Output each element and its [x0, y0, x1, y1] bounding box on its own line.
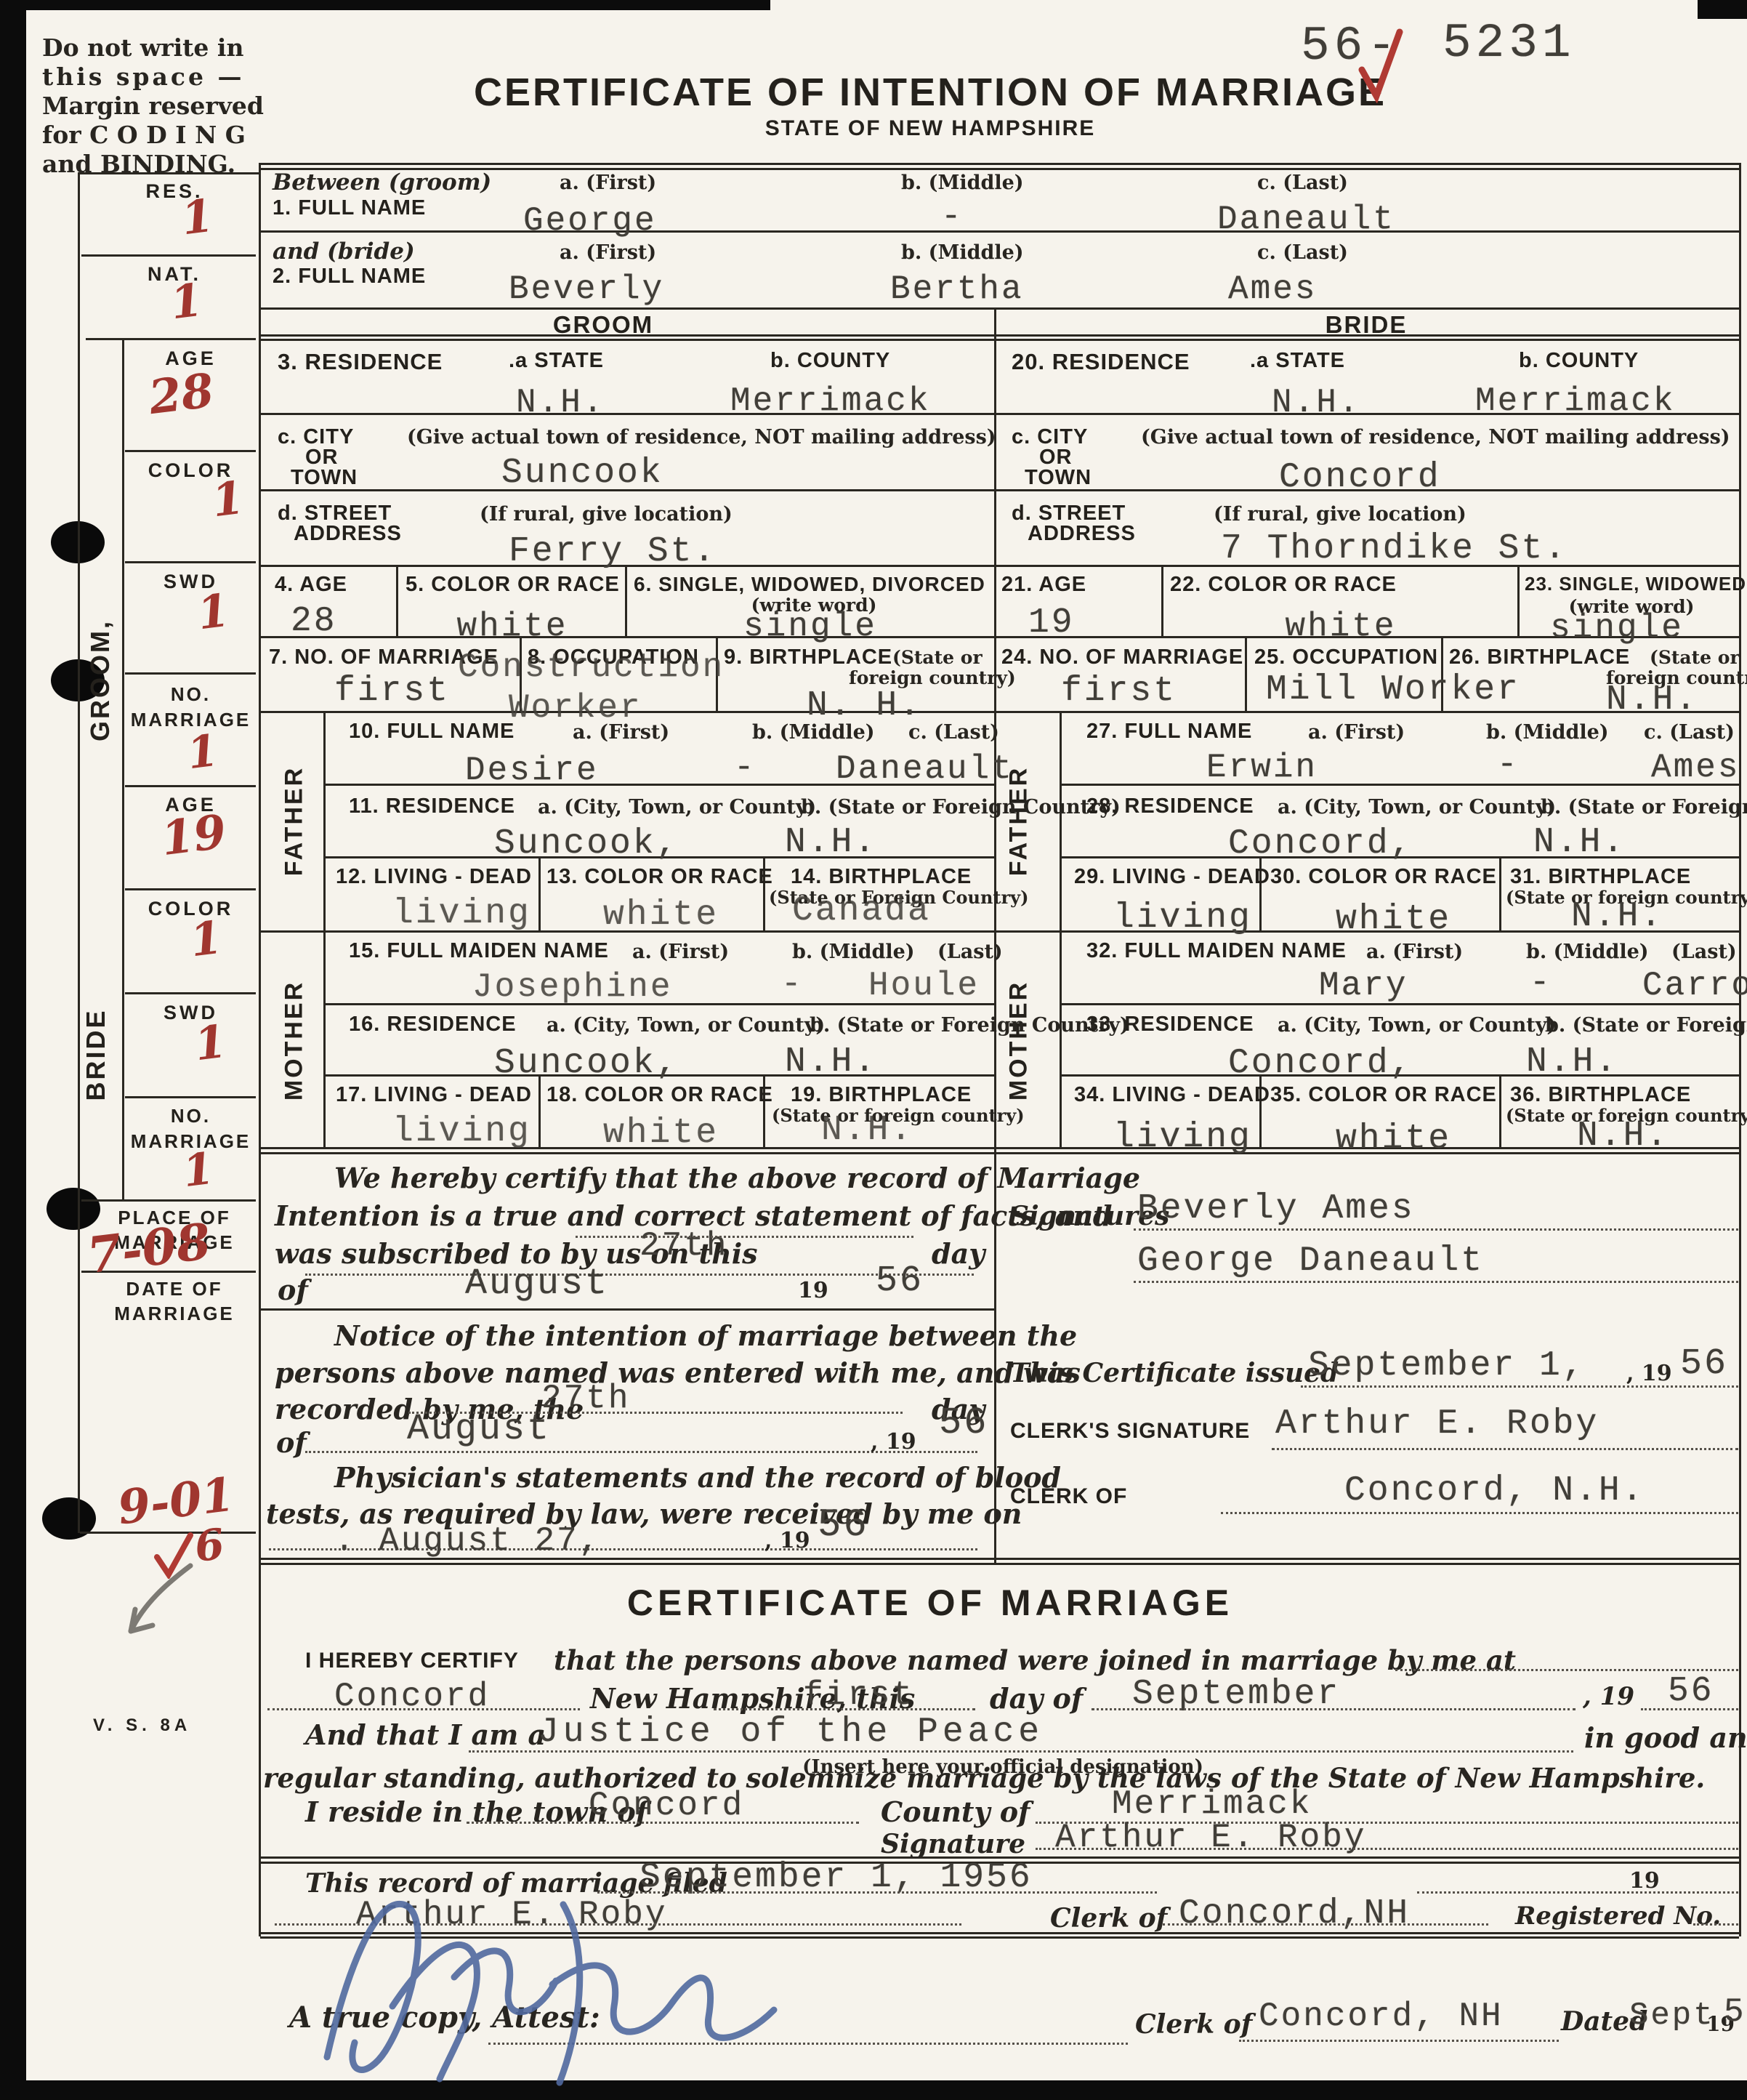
res-a-label: a. (City, Town, or County): [546, 1014, 825, 1037]
margin-note-line: Margin reserved: [42, 92, 264, 120]
groom-county-value: Merrimack: [730, 382, 930, 420]
groom-state-value: N.H.: [516, 384, 605, 422]
res-b-label: b. (State or Foreign Country): [1541, 796, 1747, 818]
bride-bp-hint: (State or: [1650, 647, 1740, 668]
groom-last-value: Daneault: [1217, 201, 1395, 238]
bride-bp-label: 26. BIRTHPLACE: [1449, 645, 1630, 669]
doc-number: 5231: [1443, 16, 1575, 71]
bride-color-value: white: [1235, 608, 1446, 645]
col-middle-label: b. (Middle): [901, 241, 1024, 264]
col-middle-label: b. (Middle): [792, 941, 915, 963]
marriage-signature-value: Arthur E. Roby: [1055, 1819, 1366, 1856]
bride-father-res-city: Concord,: [1228, 824, 1413, 864]
attest-city-value: Concord, NH: [1259, 1998, 1504, 2035]
intent-text: day: [932, 1237, 985, 1270]
groom-bp-label: 9. BIRTHPLACE: [724, 645, 892, 669]
punch-hole-icon: [47, 1188, 100, 1230]
groom-signature-value: George Daneault: [1137, 1242, 1484, 1281]
bride-residence-label: 20. RESIDENCE: [1012, 349, 1190, 375]
bride-mother-color-value: white: [1336, 1119, 1451, 1159]
coding-groom-nom-label: NO.: [127, 683, 254, 706]
bride-mother-res-state: N.H.: [1526, 1042, 1618, 1082]
bride-row-prefix: and (bride): [273, 238, 415, 265]
groom-bp-hint: foreign country): [849, 667, 1016, 688]
bride-father-last: Ames: [1651, 749, 1740, 787]
scan-edge-top-right: [1698, 0, 1747, 19]
bride-age-value: 19: [1028, 603, 1075, 643]
margin-note-line: for C O D I N G: [42, 121, 246, 149]
groom-father-living-value: living: [392, 894, 531, 933]
groom-father-first: Desire: [465, 752, 599, 789]
bride-city-label: TOWN: [1025, 466, 1092, 490]
bride-father-res-label: 28. RESIDENCE: [1086, 794, 1254, 818]
groom-mother-res-label: 16. RESIDENCE: [349, 1013, 517, 1037]
col-last-label: c. (Last): [908, 721, 999, 744]
bride-father-bp-value: N.H.: [1571, 897, 1663, 936]
marriage-19: , 19: [1583, 1682, 1634, 1711]
coding-res-value: 1: [179, 189, 217, 246]
groom-mother-bp-label: 19. BIRTHPLACE: [791, 1083, 972, 1107]
bride-last-value: Ames: [1228, 270, 1317, 308]
col-first-label: a. (First): [1366, 941, 1463, 963]
intent-month-value: August: [407, 1409, 551, 1450]
groom-father-name-label: 10. FULL NAME: [349, 720, 515, 744]
bride-bp-value: N.H.: [1606, 680, 1698, 720]
res-b-label: b. (State or Foreign Country): [1545, 1014, 1747, 1037]
intent-text: persons above named was entered with me,…: [275, 1356, 1081, 1389]
marriage-text: in good and: [1584, 1721, 1747, 1754]
coding-bride-swd-label: SWD: [127, 1002, 254, 1024]
groom-mother-name-label: 15. FULL MAIDEN NAME: [349, 939, 609, 963]
bride-age-label: 21. AGE: [1001, 573, 1086, 597]
coding-bride-side-label: BRIDE: [81, 967, 111, 1142]
groom-swd-label: 6. SINGLE, WIDOWED, DIVORCED: [634, 573, 985, 596]
groom-street-hint: (If rural, give location): [480, 503, 733, 526]
certificate-issued-year: 56: [1680, 1343, 1728, 1385]
bride-swd-label: 23. SINGLE, WIDOWED, DIVORCED: [1525, 573, 1747, 595]
groom-mother-color-label: 18. COLOR OR RACE: [546, 1083, 773, 1107]
scan-edge-left: [0, 0, 26, 2100]
bride-section-header: BRIDE: [1199, 311, 1533, 339]
intent-text: of: [278, 1274, 308, 1306]
groom-age-value: 28: [291, 602, 337, 641]
marriage-signature-label: Signature: [881, 1829, 1025, 1859]
groom-father-last: Daneault: [836, 750, 1014, 788]
marriage-text: County of: [881, 1795, 1030, 1828]
bride-father-res-state: N.H.: [1533, 823, 1626, 862]
intent-text: We hereby certify that the above record …: [334, 1162, 1140, 1194]
col-first-label: a. (First): [1308, 721, 1405, 744]
registered-no-label: Registered No.: [1515, 1902, 1721, 1931]
bride-state-label: .a STATE: [1250, 349, 1345, 373]
scan-edge-top: [0, 0, 770, 10]
filed-19: 19: [1629, 1868, 1660, 1894]
col-first-label: a. (First): [632, 941, 729, 963]
bride-mother-color-label: 35. COLOR OR RACE: [1270, 1083, 1497, 1107]
intent-year-value: 56: [939, 1401, 988, 1444]
groom-father-bp-label: 14. BIRTHPLACE: [791, 865, 972, 889]
certificate-issued-date: September 1,: [1308, 1346, 1586, 1385]
clerk-signature-label: CLERK'S SIGNATURE: [1010, 1419, 1250, 1444]
scan-edge-bottom: [0, 2080, 1747, 2100]
groom-street-label: ADDRESS: [294, 522, 402, 546]
bride-city-value: Concord: [1279, 458, 1441, 497]
coding-nat-value: 1: [168, 273, 206, 330]
certificate-issued-label: This Certificate issued: [1010, 1358, 1339, 1388]
groom-color-label: 5. COLOR OR RACE: [406, 573, 620, 597]
coding-res-label: RES.: [94, 180, 254, 203]
intent-year-value: 56: [818, 1503, 869, 1548]
attest-clerk-of-label: Clerk of: [1135, 2009, 1252, 2040]
bride-city-hint: (Give actual town of residence, NOT mail…: [1141, 426, 1730, 448]
groom-father-res-city: Suncook,: [494, 824, 679, 864]
groom-mother-living-value: living: [392, 1112, 531, 1151]
filed-clerk-of-label: Clerk of: [1050, 1903, 1167, 1934]
coding-groom-nom-value: 1: [185, 725, 221, 780]
intent-19: , 19: [764, 1528, 810, 1553]
clerk-signature-value: Arthur E. Roby: [1275, 1404, 1599, 1444]
groom-mother-bp-value: N.H.: [821, 1111, 913, 1150]
bride-father-middle: -: [1497, 746, 1520, 784]
marriage-year-value: 56: [1668, 1672, 1714, 1711]
margin-note-line: this space —: [42, 63, 244, 91]
groom-mother-color-value: white: [603, 1114, 719, 1153]
groom-mother-res-state: N.H.: [785, 1042, 877, 1082]
groom-mother-res-city: Suncook,: [494, 1044, 679, 1083]
groom-mother-middle: -: [781, 965, 804, 1003]
res-b-label: b. (State or Foreign Country): [810, 1014, 1129, 1037]
groom-color-value: white: [407, 608, 618, 645]
coding-bride-nom-value: 1: [180, 1143, 217, 1198]
groom-swd-value: single: [676, 608, 945, 645]
bride-first-value: Beverly: [509, 270, 664, 308]
bride-swd-value: single: [1497, 609, 1737, 647]
filed-clerk-city: Concord,NH: [1179, 1894, 1410, 1934]
bride-nom-label: 24. NO. OF MARRIAGE: [1001, 645, 1243, 669]
bride-occupation-value: Mill Worker: [1266, 670, 1520, 709]
bride-father-living-label: 29. LIVING - DEAD: [1074, 865, 1270, 889]
bride-father-living-value: living: [1113, 898, 1252, 938]
coding-groom-age-value: 28: [146, 363, 217, 425]
bride-father-first: Erwin: [1206, 749, 1318, 787]
col-middle-label: b. (Middle): [901, 172, 1024, 194]
marriage-text: day of: [990, 1682, 1083, 1715]
coding-groom-side-label: GROOM,: [85, 593, 116, 768]
bride-street-hint: (If rural, give location): [1214, 503, 1466, 526]
col-first-label: a. (First): [560, 172, 656, 194]
marriage-county-value: Merrimack: [1112, 1785, 1312, 1823]
marriage-text: regular standing, authorized to solemniz…: [263, 1762, 1705, 1794]
groom-father-res-state: N.H.: [785, 823, 877, 862]
col-first-label: a. (First): [560, 241, 656, 264]
bride-father-color-value: white: [1336, 900, 1451, 939]
groom-mother-first: Josephine: [472, 968, 672, 1006]
groom-city-value: Suncook: [501, 454, 663, 493]
groom-first-value: George: [523, 202, 657, 240]
page-subtitle: STATE OF NEW HAMPSHIRE: [312, 116, 1548, 141]
intent-text: of: [276, 1426, 307, 1459]
groom-nom-value: first: [334, 672, 450, 711]
groom-middle-value: -: [941, 198, 964, 236]
marriage-certify-label: I HEREBY CERTIFY: [305, 1649, 519, 1673]
coding-groom-color-value: 1: [209, 471, 247, 528]
groom-father-middle: -: [734, 749, 757, 787]
groom-street-value: Ferry St.: [509, 532, 717, 571]
margin-note-line: Do not write in: [42, 33, 243, 62]
form-code: V. S. 8A: [93, 1715, 191, 1736]
col-last-label: c. (Last): [1257, 172, 1348, 194]
groom-residence-label: 3. RESIDENCE: [278, 349, 443, 375]
col-last-label: (Last): [937, 941, 1003, 963]
groom-mother-living-label: 17. LIVING - DEAD: [336, 1083, 532, 1107]
groom-father-living-label: 12. LIVING - DEAD: [336, 865, 532, 889]
intent-19: 19: [798, 1278, 828, 1303]
groom-father-res-label: 11. RESIDENCE: [349, 794, 515, 818]
bride-street-label: ADDRESS: [1028, 522, 1136, 546]
intent-19: , 19: [871, 1429, 916, 1455]
coding-date-label: DATE OF: [94, 1278, 254, 1300]
groom-fullname-label: 1. FULL NAME: [273, 196, 426, 220]
res-a-label: a. (City, Town, or County): [1278, 1014, 1556, 1037]
bride-fullname-label: 2. FULL NAME: [273, 265, 426, 289]
groom-age-label: 4. AGE: [275, 573, 347, 597]
groom-father-bp-value: Canada: [792, 891, 931, 930]
intent-text: Physician's statements and the record of…: [334, 1461, 1061, 1494]
bride-mother-last: Carroll: [1642, 967, 1747, 1005]
clerk-of-label: CLERK OF: [1010, 1484, 1127, 1509]
coding-bride-color-value: 1: [187, 911, 225, 967]
issued-19: , 19: [1626, 1361, 1672, 1386]
groom-city-hint: (Give actual town of residence, NOT mail…: [407, 426, 996, 448]
bride-mother-name-label: 32. FULL MAIDEN NAME: [1086, 939, 1347, 963]
groom-section-header: GROOM: [436, 311, 770, 339]
red-checkmark-icon: [1357, 28, 1404, 103]
groom-father-side-label: FATHER: [281, 727, 309, 916]
col-last-label: c. (Last): [1257, 241, 1348, 264]
col-first-label: a. (First): [573, 721, 669, 744]
bride-father-bp-label: 31. BIRTHPLACE: [1510, 865, 1691, 889]
col-middle-label: b. (Middle): [1486, 721, 1609, 744]
groom-row-prefix: Between (groom): [273, 169, 491, 196]
groom-father-color-value: white: [603, 896, 719, 935]
bride-occ-label: 25. OCCUPATION: [1254, 645, 1438, 669]
groom-father-color-label: 13. COLOR OR RACE: [546, 865, 773, 889]
groom-bp-value: N. H.: [807, 686, 922, 725]
coding-groom-swd-value: 1: [195, 584, 233, 640]
groom-mother-side-label: MOTHER: [281, 946, 309, 1135]
bride-mother-first: Mary: [1319, 967, 1408, 1005]
scanned-marriage-certificate: Do not write in this space — Margin rese…: [0, 0, 1747, 2100]
groom-occupation-value: Construction: [458, 648, 725, 686]
bride-county-label: b. COUNTY: [1519, 349, 1639, 373]
bride-signature-value: Beverly Ames: [1137, 1189, 1415, 1228]
bride-mother-bp-label: 36. BIRTHPLACE: [1510, 1083, 1691, 1107]
bride-middle-value: Bertha: [890, 270, 1024, 308]
coding-date-label: MARRIAGE: [94, 1303, 254, 1325]
col-last-label: c. (Last): [1644, 721, 1735, 744]
marriage-certify-text: that the persons above named were joined…: [554, 1644, 1516, 1676]
pencil-arrow-icon: [109, 1561, 203, 1641]
dated-year-value: 56: [1724, 1993, 1747, 2031]
col-last-label: (Last): [1671, 941, 1737, 963]
clerk-ink-signature: [305, 1861, 814, 2093]
col-middle-label: b. (Middle): [1526, 941, 1649, 963]
bride-mother-res-label: 33. RESIDENCE: [1086, 1013, 1254, 1037]
groom-county-label: b. COUNTY: [770, 349, 890, 373]
bride-mother-living-value: living: [1113, 1118, 1252, 1157]
coding-bride-nom-label: NO.: [127, 1105, 254, 1127]
marriage-text: And that I am a: [305, 1718, 546, 1751]
clerk-of-value: Concord, N.H.: [1344, 1471, 1645, 1510]
res-a-label: a. (City, Town, or County): [1278, 796, 1556, 818]
bride-state-value: N.H.: [1272, 384, 1360, 422]
intent-day-value: 27th: [640, 1227, 728, 1265]
groom-bp-hint: (State or: [892, 647, 983, 668]
res-b-label: b. (State or Foreign Country): [801, 796, 1121, 818]
coding-bride-swd-value: 1: [192, 1015, 230, 1071]
res-a-label: a. (City, Town, or County): [538, 796, 816, 818]
intent-received-date: . August 27,: [334, 1522, 601, 1560]
intent-text: Notice of the intention of marriage betw…: [334, 1319, 1077, 1352]
bride-mother-bp-value: N.H.: [1577, 1117, 1669, 1156]
bride-nom-value: first: [1061, 672, 1177, 711]
marriage-designation-value: Justice of the Peace: [538, 1713, 1044, 1752]
groom-city-label: TOWN: [291, 466, 358, 490]
bride-mother-middle: -: [1530, 964, 1552, 1002]
bride-color-label: 22. COLOR OR RACE: [1170, 573, 1397, 597]
marriage-town-value: Concord: [589, 1787, 744, 1825]
col-middle-label: b. (Middle): [752, 721, 875, 744]
bride-father-name-label: 27. FULL NAME: [1086, 720, 1252, 744]
bride-mother-living-label: 34. LIVING - DEAD: [1074, 1083, 1270, 1107]
bride-street-value: 7 Thorndike St.: [1221, 529, 1568, 568]
bride-mother-res-city: Concord,: [1228, 1044, 1413, 1083]
coding-bride-age-value: 19: [158, 805, 230, 866]
groom-mother-last: Houle: [868, 967, 980, 1005]
groom-state-label: .a STATE: [509, 349, 604, 373]
intent-year-value: 56: [876, 1260, 924, 1302]
marriage-cert-title: CERTIFICATE OF MARRIAGE: [312, 1582, 1548, 1624]
bride-father-color-label: 30. COLOR OR RACE: [1270, 865, 1497, 889]
bride-county-value: Merrimack: [1475, 382, 1675, 420]
intent-month-value: August: [465, 1263, 609, 1305]
coding-groom-swd-label: SWD: [127, 571, 254, 593]
